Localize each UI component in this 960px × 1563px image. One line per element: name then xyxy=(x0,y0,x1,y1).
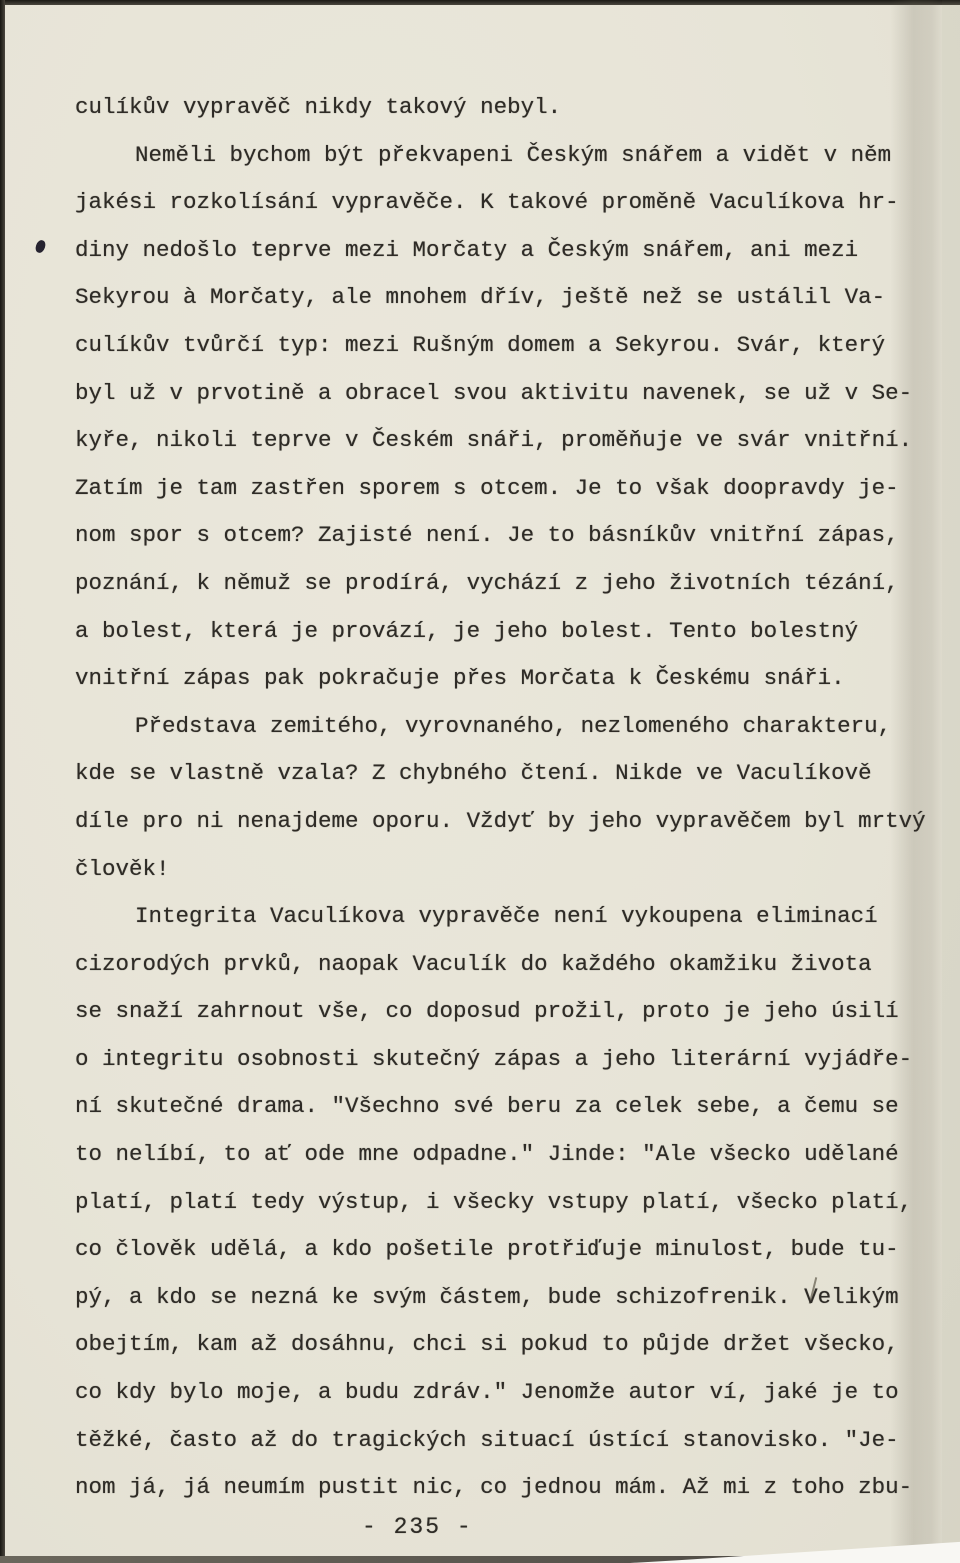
text-line: co kdy bylo moje, a budu zdráv." Jenomže… xyxy=(75,1369,955,1417)
text-line: byl už v prvotině a obracel svou aktivit… xyxy=(75,370,955,418)
text-line: jakési rozkolísání vypravěče. K takové p… xyxy=(75,179,955,227)
text-line: kyře, nikoli teprve v Českém snáři, prom… xyxy=(75,417,955,465)
text-line: co člověk udělá, a kdo pošetile protřiďu… xyxy=(75,1226,955,1274)
text-line: těžké, často až do tragických situací ús… xyxy=(75,1417,955,1465)
text-line: člověk! xyxy=(75,846,955,894)
text-line: to nelíbí, to ať ode mne odpadne." Jinde… xyxy=(75,1131,955,1179)
text-line: platí, platí tedy výstup, i všecky vstup… xyxy=(75,1179,955,1227)
text-line: Představa zemitého, vyrovnaného, nezlome… xyxy=(75,703,955,751)
text-line: Zatím je tam zastřen sporem s otcem. Je … xyxy=(75,465,955,513)
scan-edge-top xyxy=(0,0,960,5)
text-line: díle pro ni nenajdeme oporu. Vždyť by je… xyxy=(75,798,955,846)
text-line: se snaží zahrnout vše, co doposud prožil… xyxy=(75,988,955,1036)
text-line: Neměli bychom být překvapeni Českým snář… xyxy=(75,132,955,180)
text-line: nom spor s otcem? Zajisté není. Je to bá… xyxy=(75,512,955,560)
text-line: o integritu osobnosti skutečný zápas a j… xyxy=(75,1036,955,1084)
margin-ink-dot xyxy=(34,239,47,254)
text-line: ní skutečné drama. "Všechno své beru za … xyxy=(75,1083,955,1131)
text-line: kde se vlastně vzala? Z chybného čtení. … xyxy=(75,750,955,798)
typewritten-text-block: culíkův vypravěč nikdy takový nebyl.Nemě… xyxy=(75,84,955,1512)
text-line: culíkův tvůrčí typ: mezi Rušným domem a … xyxy=(75,322,955,370)
text-line: vnitřní zápas pak pokračuje přes Morčata… xyxy=(75,655,955,703)
text-line: cizorodých prvků, naopak Vaculík do každ… xyxy=(75,941,955,989)
scanned-document-page: culíkův vypravěč nikdy takový nebyl.Nemě… xyxy=(0,0,960,1563)
scan-edge-left xyxy=(0,0,5,1563)
text-line: culíkův vypravěč nikdy takový nebyl. xyxy=(75,84,955,132)
page-number: - 235 - xyxy=(362,1514,473,1540)
text-line: Integrita Vaculíkova vypravěče není vyko… xyxy=(75,893,955,941)
text-line: nom já, já neumím pustit nic, co jednou … xyxy=(75,1464,955,1512)
text-line: diny nedošlo teprve mezi Morčaty a Český… xyxy=(75,227,955,275)
text-line: a bolest, která je provází, je jeho bole… xyxy=(75,608,955,656)
text-line: obejtím, kam až dosáhnu, chci si pokud t… xyxy=(75,1321,955,1369)
text-line: pý, a kdo se nezná ke svým částem, bude … xyxy=(75,1274,955,1322)
text-line: poznání, k němuž se prodírá, vychází z j… xyxy=(75,560,955,608)
text-line: Sekyrou à Morčaty, ale mnohem dřív, ješt… xyxy=(75,274,955,322)
